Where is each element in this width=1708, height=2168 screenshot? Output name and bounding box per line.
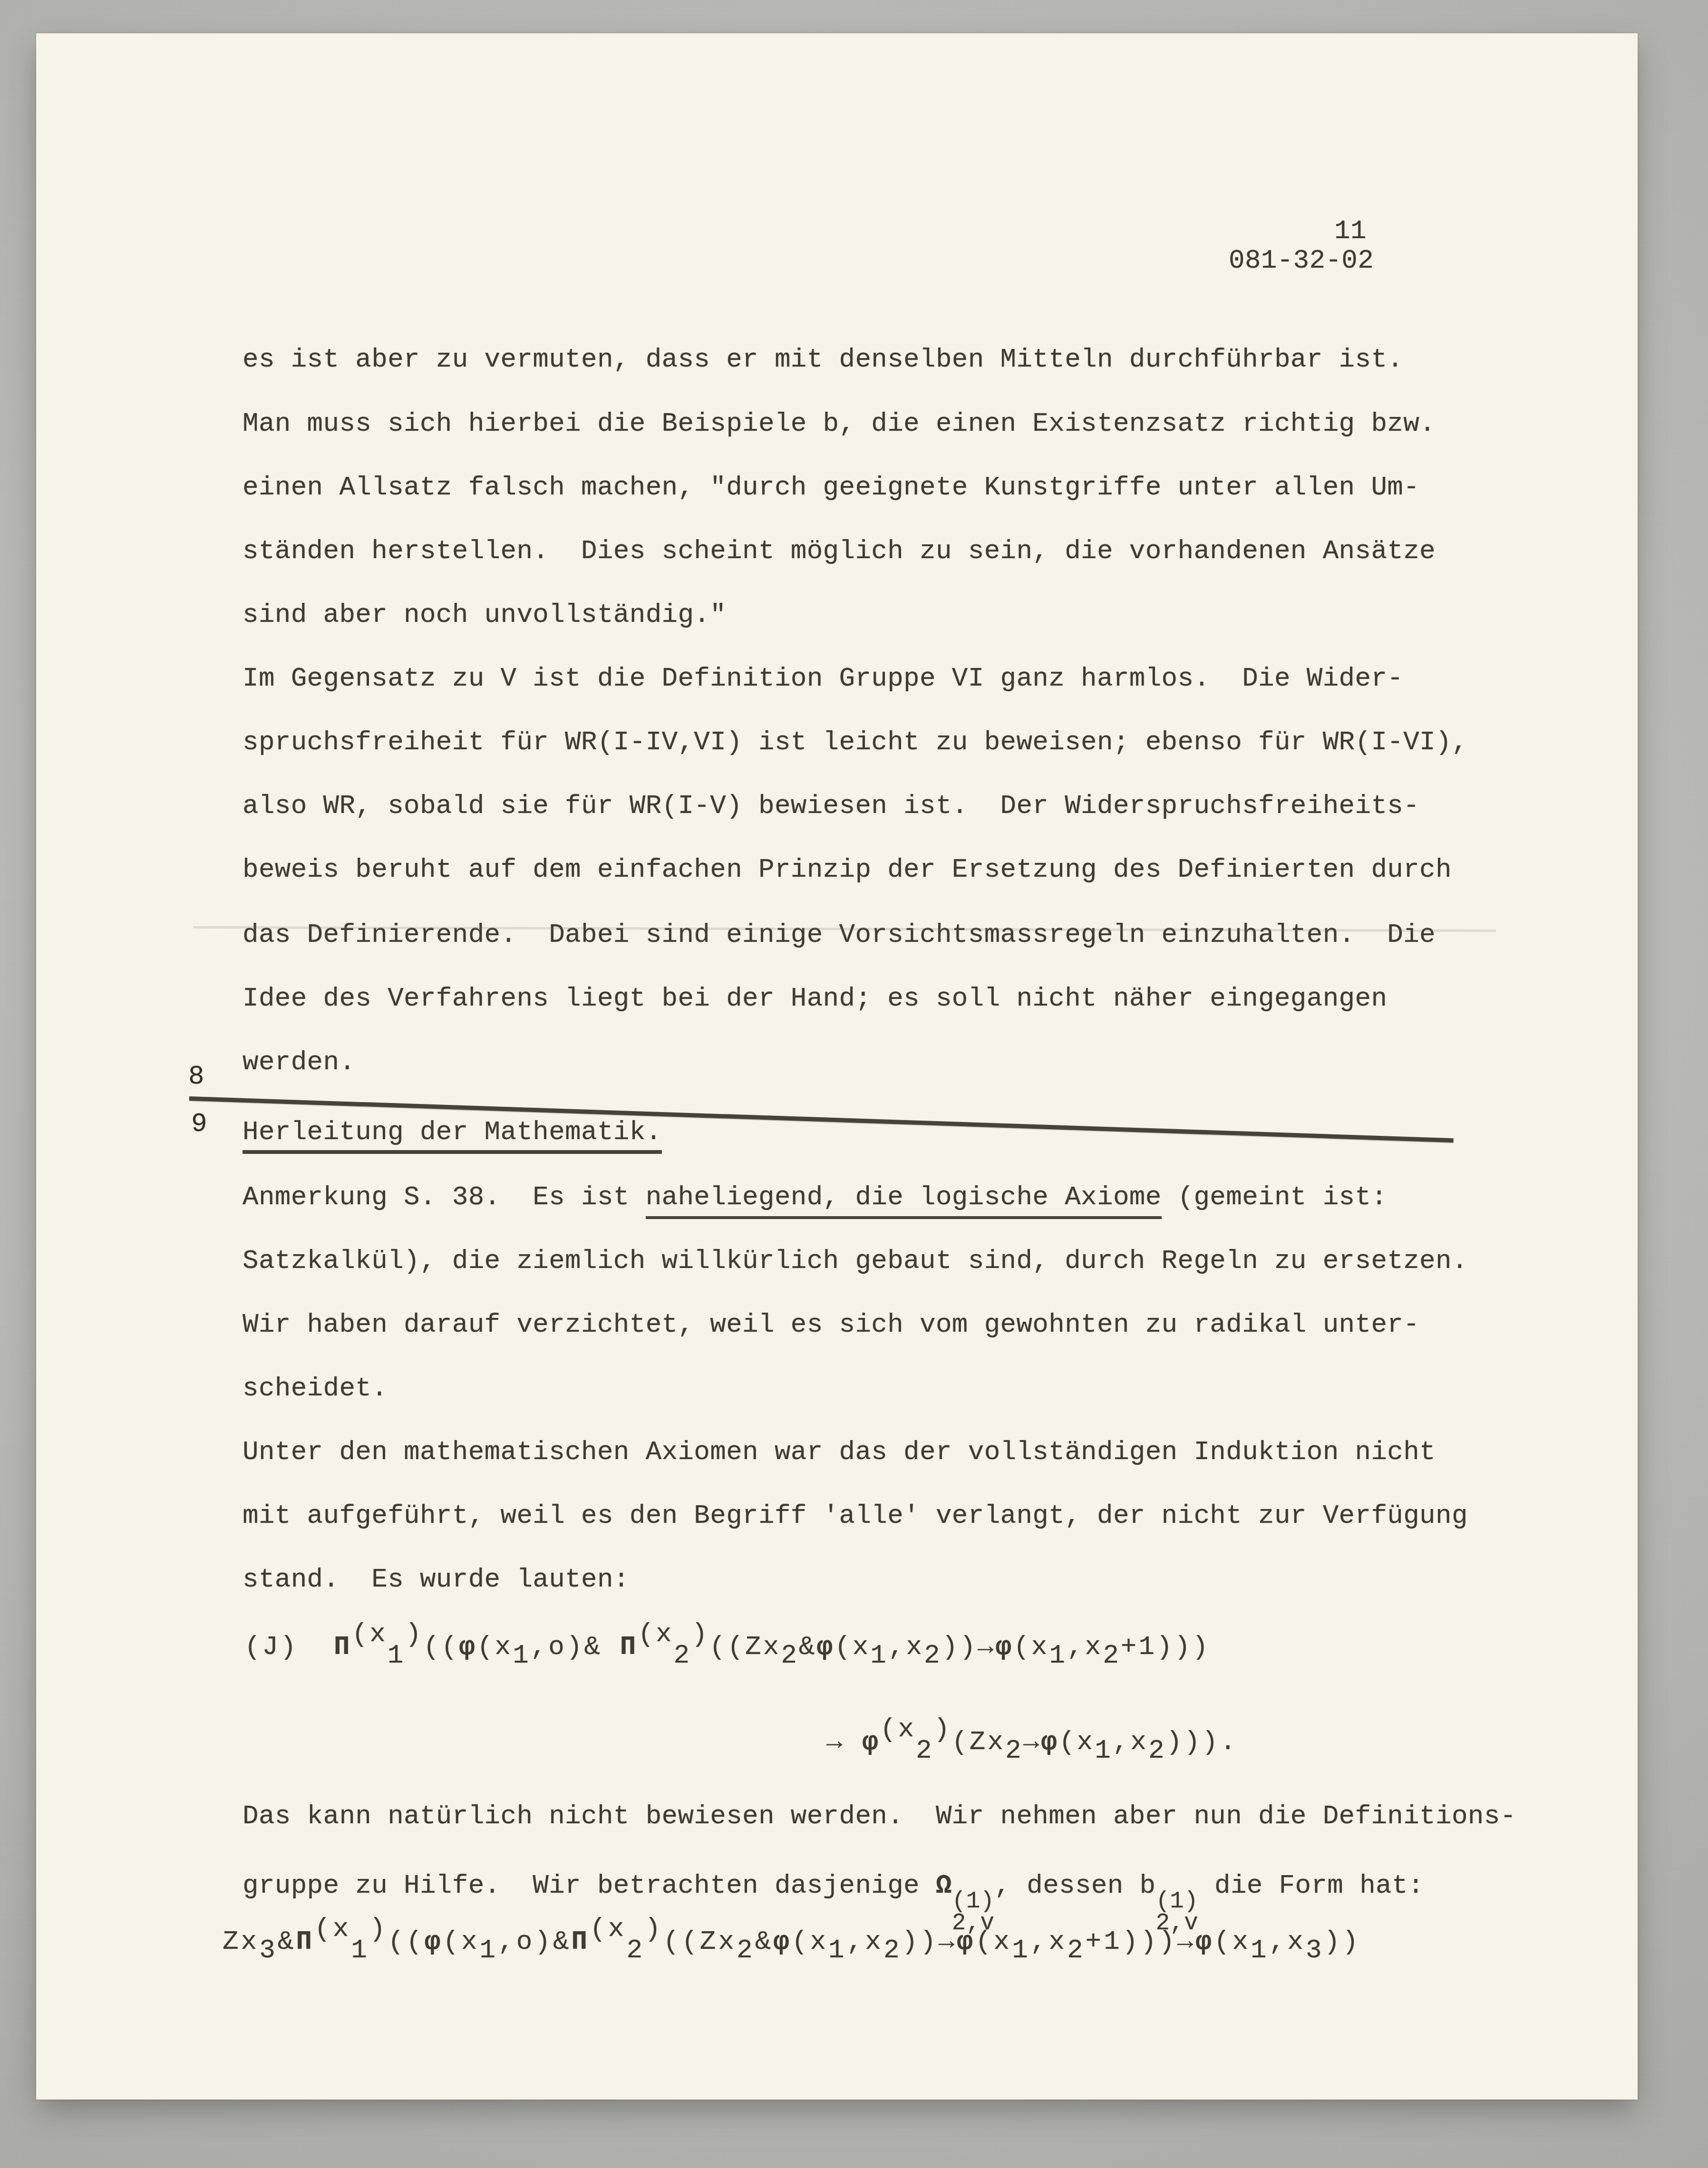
- closing-line-1: Das kann natürlich nicht bewiesen werden…: [243, 1803, 1516, 1829]
- induction-line-1: Unter den mathematischen Axiomen war das…: [243, 1439, 1436, 1465]
- body-line-12: werden.: [243, 1049, 355, 1075]
- body-line-11: Idee des Verfahrens liegt bei der Hand; …: [243, 985, 1387, 1012]
- body-line-04: ständen herstellen. Dies scheint möglich…: [243, 538, 1436, 564]
- section-heading-text: Herleitung der Mathematik.: [243, 1119, 662, 1154]
- body-line-10: das Definierende. Dabei sind einige Vors…: [243, 921, 1436, 948]
- header-document-number: 081-32-02: [1229, 247, 1374, 274]
- scan-background: 11 081-32-02 es ist aber zu vermuten, da…: [0, 0, 1708, 2168]
- body-line-08: also WR, sobald sie für WR(I-V) bewiesen…: [243, 793, 1419, 819]
- margin-mark-8: 8: [188, 1063, 204, 1090]
- body-line-03: einen Allsatz falsch machen, "durch geei…: [243, 474, 1419, 501]
- anmerkung-line-4: scheidet.: [243, 1375, 388, 1402]
- document-page: 11 081-32-02 es ist aber zu vermuten, da…: [36, 33, 1638, 2100]
- closing-line-2: gruppe zu Hilfe. Wir betrachten dasjenig…: [243, 1872, 1424, 1935]
- body-line-07: spruchsfreiheit für WR(I-IV,VI) ist leic…: [243, 729, 1468, 755]
- formula-j-line-2: → φ(x2)(Zx2→φ(x1,x2))).: [826, 1729, 1238, 1755]
- anmerkung-line-1: Anmerkung S. 38. Es ist naheliegend, die…: [243, 1184, 1387, 1210]
- formula-j-line-1: (J) Π(x1)((φ(x1,o)& Π(x2)((Zx2&φ(x1,x2))…: [244, 1634, 1210, 1660]
- body-line-01: es ist aber zu vermuten, dass er mit den…: [243, 346, 1403, 373]
- induction-line-2: mit aufgeführt, weil es den Begriff 'all…: [243, 1502, 1468, 1529]
- body-line-09: beweis beruht auf dem einfachen Prinzip …: [243, 856, 1452, 883]
- induction-line-3: stand. Es wurde lauten:: [243, 1566, 630, 1593]
- closing-formula: Zx3&Π(x1)((φ(x1,o)&Π(x2)((Zx2&φ(x1,x2))→…: [223, 1928, 1361, 1955]
- anmerkung-line-3: Wir haben darauf verzichtet, weil es sic…: [243, 1311, 1419, 1338]
- body-line-06: Im Gegensatz zu V ist die Definition Gru…: [243, 665, 1403, 692]
- margin-mark-9: 9: [191, 1111, 207, 1137]
- body-line-02: Man muss sich hierbei die Beispiele b, d…: [243, 410, 1436, 437]
- anmerkung-line-2: Satzkalkül), die ziemlich willkürlich ge…: [243, 1248, 1468, 1274]
- body-line-05: sind aber noch unvollständig.": [243, 601, 726, 628]
- header-page-number: 11: [1334, 218, 1367, 244]
- section-heading: Herleitung der Mathematik.: [243, 1119, 662, 1154]
